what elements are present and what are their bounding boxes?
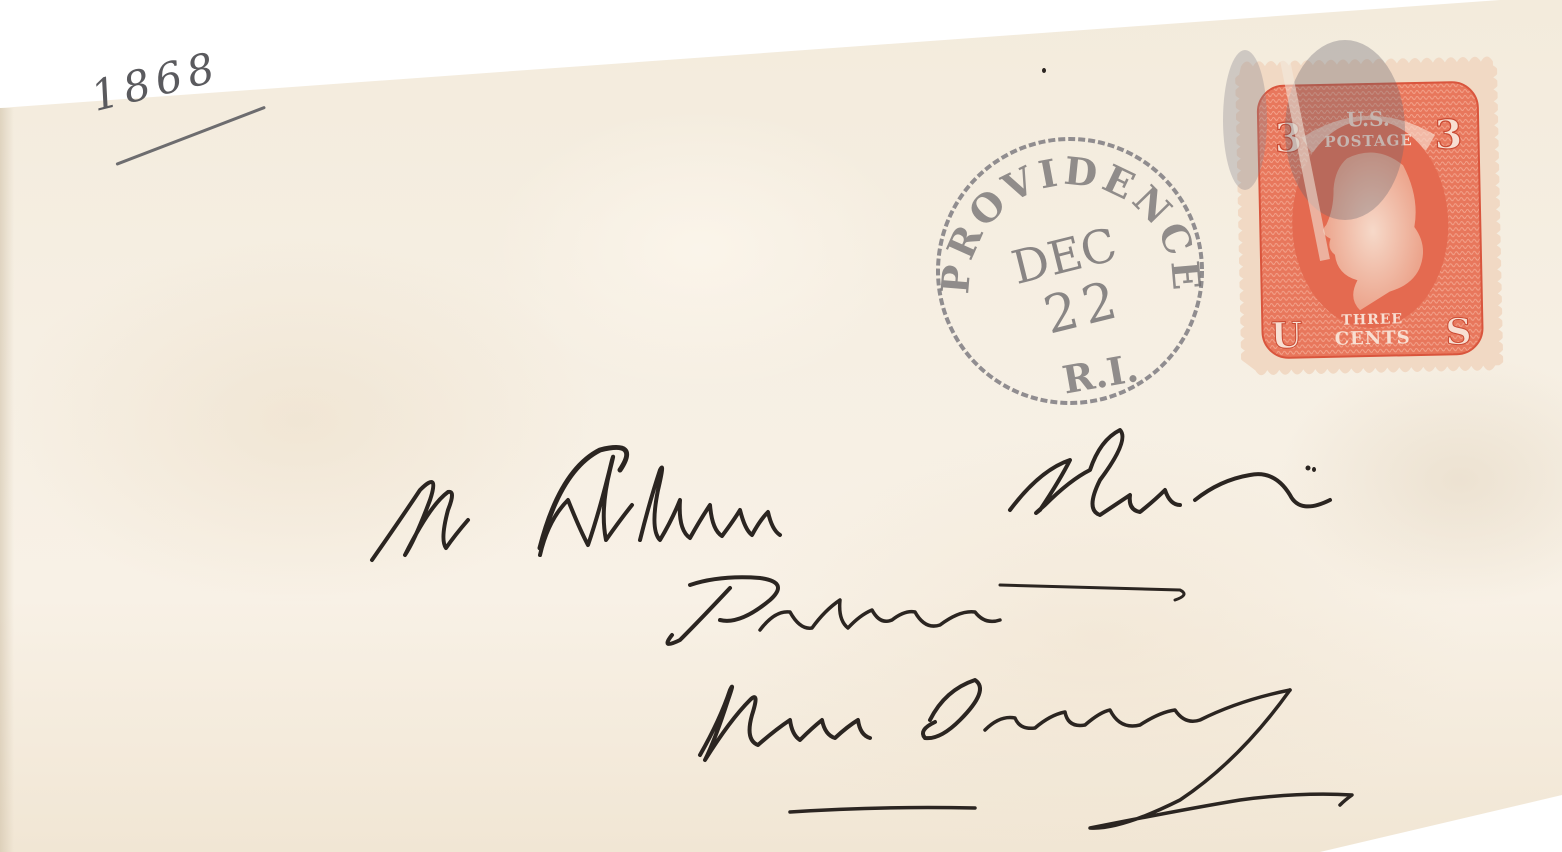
stamp-three-label: THREE xyxy=(1341,311,1403,328)
postmark-state: R.I. xyxy=(1059,345,1141,402)
postmark: PROVIDENCE DEC 22 R.I. xyxy=(932,133,1208,409)
stamp-denomination-right: 3 xyxy=(1434,111,1463,159)
stamp-cents-label: CENTS xyxy=(1335,327,1411,350)
ink-speck xyxy=(1042,68,1046,73)
postmark-graphic: PROVIDENCE DEC 22 R.I. xyxy=(932,133,1208,409)
stamp-graphic: 3 3 U.S. POSTAGE THREE CENTS U S xyxy=(1235,45,1504,376)
postage-stamp: 3 3 U.S. POSTAGE THREE CENTS U S xyxy=(1235,45,1504,376)
ink-speck xyxy=(1312,467,1316,472)
envelope-edge-shadow xyxy=(0,108,14,852)
stamp-postage-label: POSTAGE xyxy=(1324,131,1413,151)
stamp-corner-u: U xyxy=(1270,314,1302,357)
stamp-corner-s: S xyxy=(1445,311,1472,354)
stamp-denomination-left: 3 xyxy=(1274,114,1303,162)
stamp-country: U.S. xyxy=(1346,107,1390,132)
